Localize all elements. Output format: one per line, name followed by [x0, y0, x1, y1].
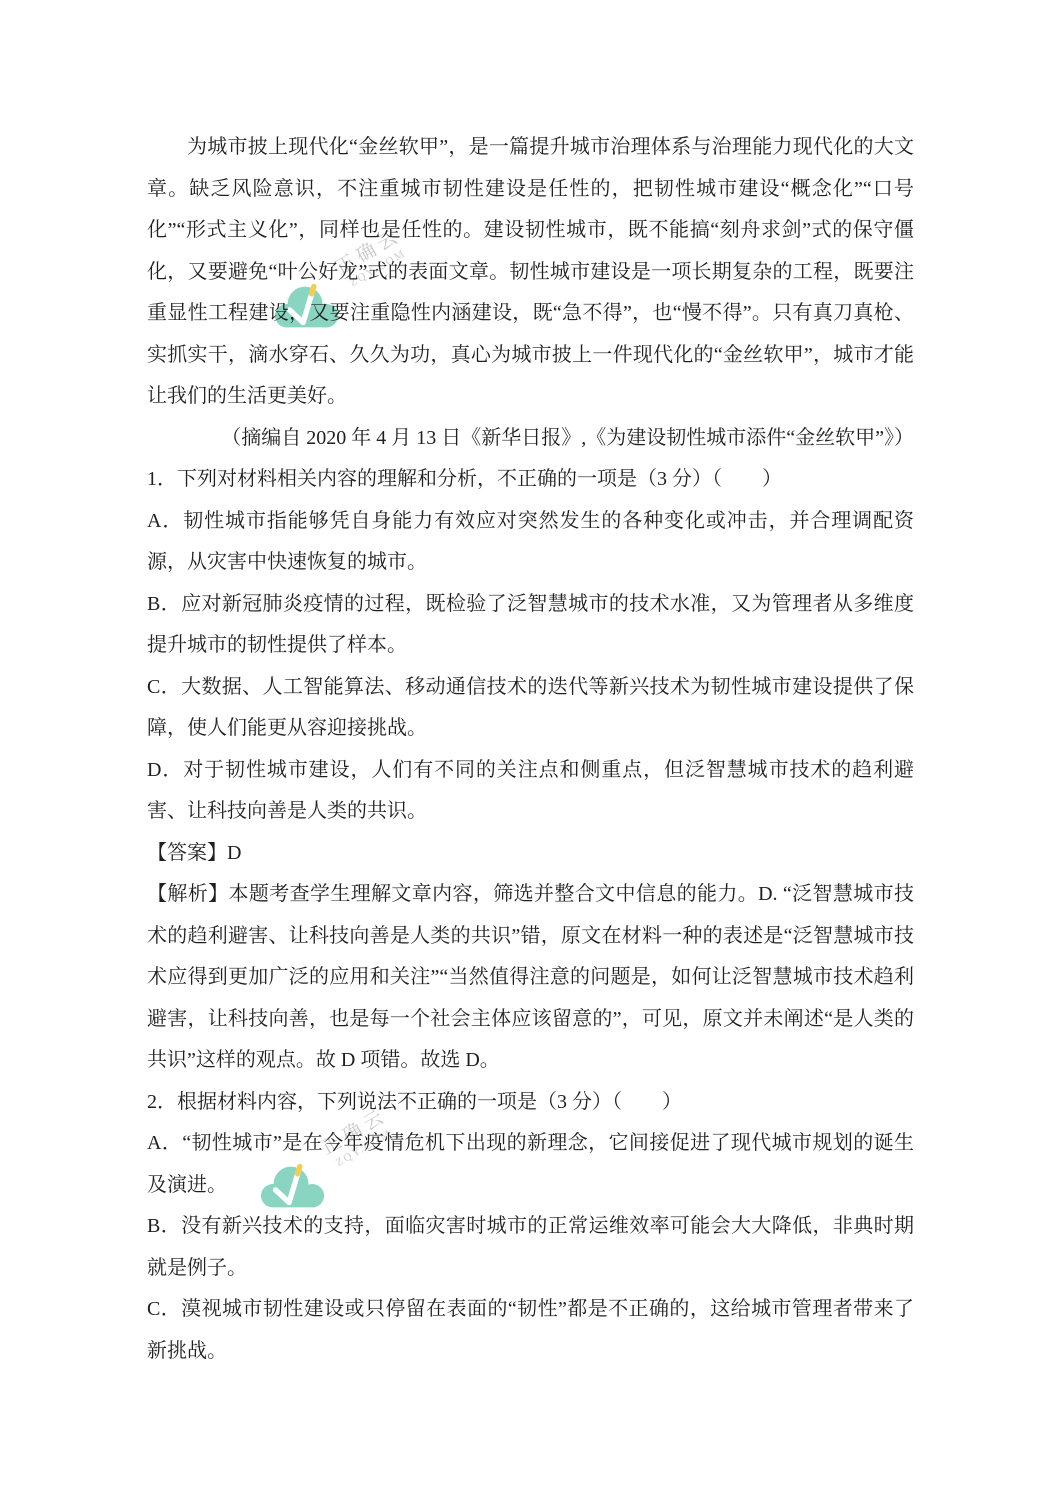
question-2-option-b: B．没有新兴技术的支持，面临灾害时城市的正常运维效率可能会大大降低，非典时期就是…: [147, 1206, 914, 1289]
passage-source-citation: （摘编自 2020 年 4 月 13 日《新华日报》,《为建设韧性城市添件“金丝…: [147, 418, 914, 460]
question-1-stem: 1．下列对材料相关内容的理解和分析，不正确的一项是（3 分）（ ）: [147, 459, 914, 501]
question-1-analysis: 【解析】本题考查学生理解文章内容，筛选并整合文中信息的能力。D. “泛智慧城市技…: [147, 874, 914, 1082]
question-1-option-c: C．大数据、人工智能算法、移动通信技术的迭代等新兴技术为韧性城市建设提供了保障，…: [147, 667, 914, 750]
question-2-stem: 2．根据材料内容，下列说法不正确的一项是（3 分）（ ）: [147, 1082, 914, 1124]
question-1-option-b: B．应对新冠肺炎疫情的过程，既检验了泛智慧城市的技术水准，又为管理者从多维度提升…: [147, 584, 914, 667]
question-2-option-a: A．“韧性城市”是在今年疫情危机下出现的新理念，它间接促进了现代城市规划的诞生及…: [147, 1123, 914, 1206]
question-1-option-d: D．对于韧性城市建设，人们有不同的关注点和侧重点，但泛智慧城市技术的趋利避害、让…: [147, 750, 914, 833]
question-2-option-c: C．漠视城市韧性建设或只停留在表面的“韧性”都是不正确的，这给城市管理者带来了新…: [147, 1289, 914, 1372]
question-1-answer: 【答案】D: [147, 833, 914, 875]
question-1-option-a: A．韧性城市指能够凭自身能力有效应对突然发生的各种变化或冲击，并合理调配资源，从…: [147, 501, 914, 584]
passage-paragraph: 为城市披上现代化“金丝软甲”，是一篇提升城市治理体系与治理能力现代化的大文章。缺…: [147, 127, 914, 418]
exam-document-page: 正确云 ZQY.COM 正确云 ZQY.COM 为城市披上现代化“金丝软甲”，是…: [0, 0, 1058, 1497]
exam-content: 为城市披上现代化“金丝软甲”，是一篇提升城市治理体系与治理能力现代化的大文章。缺…: [147, 0, 914, 1372]
